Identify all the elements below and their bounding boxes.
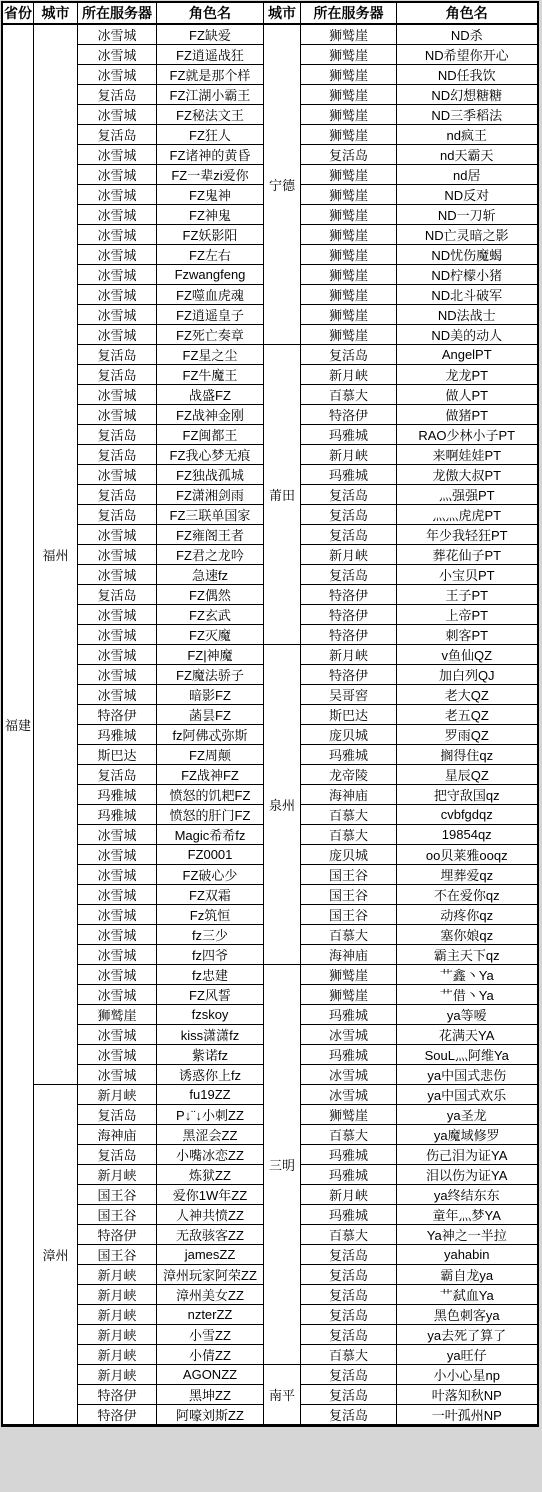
server-cell-right: 百慕大 — [301, 925, 397, 945]
server-cell-left: 冰雪城 — [78, 24, 157, 45]
server-cell-left: 复活岛 — [78, 365, 157, 385]
server-cell-left: 新月峡 — [78, 1365, 157, 1385]
character-name-cell-right: 伤己泪为证YA — [397, 1145, 538, 1165]
city-cell-right: 三明 — [264, 965, 301, 1365]
server-cell-right: 狮鹫崖 — [301, 965, 397, 985]
character-name-cell-left: FZ0001 — [157, 845, 264, 865]
character-name-cell-left: FZ独战孤城 — [157, 465, 264, 485]
server-cell-right: 冰雪城 — [301, 1025, 397, 1045]
character-name-cell-left: FZ妖影阳 — [157, 225, 264, 245]
character-name-cell-right: 做人PT — [397, 385, 538, 405]
server-cell-right: 狮鹫崖 — [301, 225, 397, 245]
server-cell-right: 狮鹫崖 — [301, 24, 397, 45]
character-name-cell-right: 泪以伤为证YA — [397, 1165, 538, 1185]
server-cell-right: 复活岛 — [301, 1385, 397, 1405]
server-cell-right: 新月峡 — [301, 645, 397, 665]
character-name-cell-right: 艹弑血Ya — [397, 1285, 538, 1305]
server-cell-left: 冰雪城 — [78, 225, 157, 245]
character-name-cell-right: ND北斗破军 — [397, 285, 538, 305]
server-cell-right: 玛雅城 — [301, 465, 397, 485]
server-cell-left: 斯巴达 — [78, 745, 157, 765]
character-name-cell-left: 爱你1W年ZZ — [157, 1185, 264, 1205]
character-name-cell-left: FZ战神FZ — [157, 765, 264, 785]
server-cell-right: 海神庙 — [301, 945, 397, 965]
server-cell-right: 玛雅城 — [301, 1165, 397, 1185]
character-name-cell-right: 埋葬爱qz — [397, 865, 538, 885]
server-cell-right: 狮鹫崖 — [301, 205, 397, 225]
server-cell-right: 复活岛 — [301, 1305, 397, 1325]
character-name-cell-right: ND幻想糖糖 — [397, 85, 538, 105]
server-cell-right: 特洛伊 — [301, 585, 397, 605]
character-name-cell-right: 一叶孤州NP — [397, 1405, 538, 1426]
server-cell-right: 狮鹫崖 — [301, 85, 397, 105]
server-cell-left: 冰雪城 — [78, 1045, 157, 1065]
character-name-cell-right: ND任我饮 — [397, 65, 538, 85]
character-name-cell-left: fu19ZZ — [157, 1085, 264, 1105]
character-name-cell-right: yahabin — [397, 1245, 538, 1265]
server-cell-left: 复活岛 — [78, 1105, 157, 1125]
server-cell-left: 冰雪城 — [78, 525, 157, 545]
server-cell-left: 复活岛 — [78, 125, 157, 145]
server-cell-left: 玛雅城 — [78, 805, 157, 825]
character-name-cell-left: 人神共愤ZZ — [157, 1205, 264, 1225]
server-cell-left: 复活岛 — [78, 445, 157, 465]
server-cell-right: 狮鹫崖 — [301, 245, 397, 265]
server-cell-right: 玛雅城 — [301, 1205, 397, 1225]
character-name-cell-left: 暗影FZ — [157, 685, 264, 705]
server-cell-left: 玛雅城 — [78, 785, 157, 805]
server-cell-left: 冰雪城 — [78, 1025, 157, 1045]
character-name-cell-right: nd天霸天 — [397, 145, 538, 165]
character-name-cell-right: 老大QZ — [397, 685, 538, 705]
server-cell-left: 冰雪城 — [78, 305, 157, 325]
character-name-cell-right: ND一刀斩 — [397, 205, 538, 225]
roster-table-sheet: 省份 城市 所在服务器 角色名 城市 所在服务器 角色名 福建福州冰雪城FZ缺爱… — [1, 1, 539, 1427]
server-cell-right: 狮鹫崖 — [301, 285, 397, 305]
character-name-cell-left: FZ|神魔 — [157, 645, 264, 665]
server-cell-right: 狮鹫崖 — [301, 165, 397, 185]
server-cell-left: 复活岛 — [78, 505, 157, 525]
server-cell-left: 玛雅城 — [78, 725, 157, 745]
character-name-cell-right: ya等嗳 — [397, 1005, 538, 1025]
server-cell-right: 复活岛 — [301, 485, 397, 505]
character-name-cell-right: 霸自龙ya — [397, 1265, 538, 1285]
character-name-cell-left: nzterZZ — [157, 1305, 264, 1325]
header-row: 省份 城市 所在服务器 角色名 城市 所在服务器 角色名 — [2, 2, 538, 24]
character-name-cell-right: 霸主天下qz — [397, 945, 538, 965]
server-cell-left: 新月峡 — [78, 1325, 157, 1345]
server-cell-left: 冰雪城 — [78, 605, 157, 625]
character-name-cell-left: P↓¨↓小刺ZZ — [157, 1105, 264, 1125]
character-name-cell-left: Fzwangfeng — [157, 265, 264, 285]
character-name-cell-left: 漳州美女ZZ — [157, 1285, 264, 1305]
server-cell-left: 冰雪城 — [78, 925, 157, 945]
server-cell-right: 复活岛 — [301, 1245, 397, 1265]
character-name-cell-left: FZ神鬼 — [157, 205, 264, 225]
character-name-cell-right: 动疼你qz — [397, 905, 538, 925]
character-name-cell-left: FZ闽都王 — [157, 425, 264, 445]
character-name-cell-right: nd居 — [397, 165, 538, 185]
character-name-cell-right: ya终结东东 — [397, 1185, 538, 1205]
server-cell-right: 冰雪城 — [301, 1085, 397, 1105]
server-cell-right: 狮鹫崖 — [301, 325, 397, 345]
character-name-cell-right: 小小心星np — [397, 1365, 538, 1385]
server-cell-right: 复活岛 — [301, 145, 397, 165]
character-name-cell-left: FZ一辈zi爱你 — [157, 165, 264, 185]
character-name-cell-left: AGONZZ — [157, 1365, 264, 1385]
server-cell-left: 复活岛 — [78, 85, 157, 105]
character-name-cell-left: FZ君之龙吟 — [157, 545, 264, 565]
server-cell-left: 新月峡 — [78, 1265, 157, 1285]
character-name-cell-right: 加白列QJ — [397, 665, 538, 685]
city-cell-right: 宁德 — [264, 24, 301, 345]
server-cell-right: 百慕大 — [301, 805, 397, 825]
character-name-cell-left: 无敌骇客ZZ — [157, 1225, 264, 1245]
character-name-cell-left: FZ江湖小霸王 — [157, 85, 264, 105]
server-cell-left: 冰雪城 — [78, 625, 157, 645]
character-name-cell-left: 战盛FZ — [157, 385, 264, 405]
character-name-cell-left: fz四爷 — [157, 945, 264, 965]
city-cell-left: 福州 — [34, 24, 78, 1085]
character-name-cell-right: SouL灬阿维Ya — [397, 1045, 538, 1065]
character-name-cell-left: fz阿佛忒弥斯 — [157, 725, 264, 745]
character-name-cell-left: 愤怒的饥耙FZ — [157, 785, 264, 805]
character-name-cell-right: 小宝贝PT — [397, 565, 538, 585]
character-name-cell-right: ya圣龙 — [397, 1105, 538, 1125]
character-name-cell-left: 炼狱ZZ — [157, 1165, 264, 1185]
character-name-cell-right: 老五QZ — [397, 705, 538, 725]
server-cell-right: 新月峡 — [301, 365, 397, 385]
server-cell-right: 百慕大 — [301, 385, 397, 405]
server-cell-right: 国王谷 — [301, 865, 397, 885]
roster-body: 福建福州冰雪城FZ缺爱宁德狮鹫崖ND杀冰雪城FZ逍遥战狂狮鹫崖ND希望你开心冰雪… — [2, 24, 538, 1426]
character-name-cell-right: Ya神之一半拉 — [397, 1225, 538, 1245]
character-name-cell-left: 菡昙FZ — [157, 705, 264, 725]
server-cell-left: 冰雪城 — [78, 105, 157, 125]
character-name-cell-left: FZ偶然 — [157, 585, 264, 605]
character-name-cell-right: 灬强强PT — [397, 485, 538, 505]
character-name-cell-left: 小雪ZZ — [157, 1325, 264, 1345]
server-cell-left: 海神庙 — [78, 1125, 157, 1145]
character-name-cell-right: 塞你娘qz — [397, 925, 538, 945]
character-name-cell-right: 不在爱你qz — [397, 885, 538, 905]
server-cell-right: 复活岛 — [301, 525, 397, 545]
server-cell-right: 复活岛 — [301, 505, 397, 525]
server-cell-right: 玛雅城 — [301, 1145, 397, 1165]
server-cell-right: 狮鹫崖 — [301, 265, 397, 285]
server-cell-left: 国王谷 — [78, 1245, 157, 1265]
character-name-cell-right: 黑色刺客ya — [397, 1305, 538, 1325]
server-cell-left: 特洛伊 — [78, 1385, 157, 1405]
character-name-cell-left: FZ左右 — [157, 245, 264, 265]
server-cell-left: 冰雪城 — [78, 285, 157, 305]
server-cell-right: 庞贝城 — [301, 845, 397, 865]
character-name-cell-right: 把守敌国qz — [397, 785, 538, 805]
character-name-cell-left: FZ风誓 — [157, 985, 264, 1005]
server-cell-right: 特洛伊 — [301, 605, 397, 625]
server-cell-right: 狮鹫崖 — [301, 985, 397, 1005]
province-cell: 福建 — [2, 24, 34, 1426]
character-name-cell-right: ya去死了算了 — [397, 1325, 538, 1345]
server-cell-right: 特洛伊 — [301, 405, 397, 425]
character-name-cell-right: ya中国式悲伤 — [397, 1065, 538, 1085]
server-cell-left: 冰雪城 — [78, 565, 157, 585]
table-row: 新月峡AGONZZ南平复活岛小小心星np — [2, 1365, 538, 1385]
server-cell-left: 冰雪城 — [78, 145, 157, 165]
character-name-cell-right: 做猪PT — [397, 405, 538, 425]
server-cell-right: 复活岛 — [301, 1265, 397, 1285]
character-name-cell-right: AngelPT — [397, 345, 538, 365]
server-cell-right: 复活岛 — [301, 1405, 397, 1426]
character-name-cell-right: 来啊娃娃PT — [397, 445, 538, 465]
server-cell-left: 冰雪城 — [78, 185, 157, 205]
server-cell-right: 百慕大 — [301, 1225, 397, 1245]
character-name-cell-right: ya中国式欢乐 — [397, 1085, 538, 1105]
character-name-cell-left: 紫诺fz — [157, 1045, 264, 1065]
server-cell-left: 冰雪城 — [78, 265, 157, 285]
character-name-cell-right: v鱼仙QZ — [397, 645, 538, 665]
server-cell-left: 复活岛 — [78, 585, 157, 605]
server-cell-left: 冰雪城 — [78, 945, 157, 965]
server-cell-left: 国王谷 — [78, 1185, 157, 1205]
server-cell-left: 冰雪城 — [78, 665, 157, 685]
server-cell-left: 冰雪城 — [78, 885, 157, 905]
server-cell-left: 冰雪城 — [78, 545, 157, 565]
character-name-cell-left: fz忠建 — [157, 965, 264, 985]
server-cell-right: 吴哥窖 — [301, 685, 397, 705]
character-name-cell-left: fzskoy — [157, 1005, 264, 1025]
server-cell-right: 特洛伊 — [301, 625, 397, 645]
server-cell-right: 狮鹫崖 — [301, 125, 397, 145]
server-cell-right: 玛雅城 — [301, 1005, 397, 1025]
server-cell-left: 冰雪城 — [78, 45, 157, 65]
character-name-cell-right: 年少我轻狂PT — [397, 525, 538, 545]
character-name-cell-right: 星辰QZ — [397, 765, 538, 785]
server-cell-left: 冰雪城 — [78, 65, 157, 85]
server-cell-left: 国王谷 — [78, 1205, 157, 1225]
server-cell-right: 复活岛 — [301, 1285, 397, 1305]
city-cell-right: 南平 — [264, 1365, 301, 1426]
character-name-cell-left: FZ噬血虎魂 — [157, 285, 264, 305]
server-cell-left: 特洛伊 — [78, 1225, 157, 1245]
city-cell-left: 漳州 — [34, 1085, 78, 1426]
server-cell-right: 特洛伊 — [301, 665, 397, 685]
character-name-cell-right: 灬灬虎虎PT — [397, 505, 538, 525]
character-name-cell-left: kiss潇潇fz — [157, 1025, 264, 1045]
character-name-cell-left: Fz筑恒 — [157, 905, 264, 925]
character-name-cell-left: FZ灭魔 — [157, 625, 264, 645]
server-cell-left: 复活岛 — [78, 345, 157, 365]
character-name-cell-left: FZ鬼神 — [157, 185, 264, 205]
server-cell-right: 新月峡 — [301, 1185, 397, 1205]
server-cell-left: 新月峡 — [78, 1305, 157, 1325]
character-name-cell-left: 漳州玩家阿荣ZZ — [157, 1265, 264, 1285]
server-cell-left: 特洛伊 — [78, 705, 157, 725]
character-name-cell-left: FZ我心梦无痕 — [157, 445, 264, 465]
server-cell-right: 斯巴达 — [301, 705, 397, 725]
character-name-cell-right: 葬花仙子PT — [397, 545, 538, 565]
character-name-cell-left: 小倩ZZ — [157, 1345, 264, 1365]
server-cell-right: 狮鹫崖 — [301, 105, 397, 125]
server-cell-left: 冰雪城 — [78, 385, 157, 405]
server-cell-left: 冰雪城 — [78, 985, 157, 1005]
character-name-cell-right: 叶落知秋NP — [397, 1385, 538, 1405]
server-cell-right: 百慕大 — [301, 1125, 397, 1145]
character-name-cell-right: oo贝莱雅ooqz — [397, 845, 538, 865]
server-cell-right: 狮鹫崖 — [301, 45, 397, 65]
character-name-cell-left: FZ雍阁王者 — [157, 525, 264, 545]
character-name-cell-right: 童年灬梦YA — [397, 1205, 538, 1225]
character-name-cell-left: FZ双霜 — [157, 885, 264, 905]
server-cell-right: 狮鹫崖 — [301, 305, 397, 325]
character-name-cell-right: ND希望你开心 — [397, 45, 538, 65]
server-cell-left: 新月峡 — [78, 1285, 157, 1305]
server-cell-left: 复活岛 — [78, 765, 157, 785]
server-cell-right: 百慕大 — [301, 825, 397, 845]
city-cell-right: 莆田 — [264, 345, 301, 645]
character-name-cell-left: 急速fz — [157, 565, 264, 585]
server-cell-left: 冰雪城 — [78, 1065, 157, 1085]
server-cell-left: 冰雪城 — [78, 905, 157, 925]
header-name-left: 角色名 — [157, 2, 264, 24]
table-row: 冰雪城fz忠建三明狮鹫崖艹鑫丶Ya — [2, 965, 538, 985]
character-name-cell-left: FZ三联单国家 — [157, 505, 264, 525]
server-cell-right: 复活岛 — [301, 1325, 397, 1345]
character-name-cell-left: FZ诸神的黄昏 — [157, 145, 264, 165]
character-name-cell-right: nd疯王 — [397, 125, 538, 145]
character-name-cell-left: 阿嚎刘斯ZZ — [157, 1405, 264, 1426]
server-cell-left: 冰雪城 — [78, 245, 157, 265]
character-name-cell-left: FZ星之尘 — [157, 345, 264, 365]
character-name-cell-right: 王子PT — [397, 585, 538, 605]
header-city-left: 城市 — [34, 2, 78, 24]
header-city-right: 城市 — [264, 2, 301, 24]
server-cell-right: 国王谷 — [301, 905, 397, 925]
server-cell-right: 狮鹫崖 — [301, 65, 397, 85]
server-cell-left: 冰雪城 — [78, 205, 157, 225]
character-name-cell-right: ND杀 — [397, 24, 538, 45]
character-name-cell-left: 黑涩会ZZ — [157, 1125, 264, 1145]
character-name-cell-left: FZ死亡奏章 — [157, 325, 264, 345]
character-name-cell-right: 刺客PT — [397, 625, 538, 645]
character-name-cell-right: ND法战士 — [397, 305, 538, 325]
server-cell-right: 海神庙 — [301, 785, 397, 805]
server-cell-right: 玛雅城 — [301, 745, 397, 765]
character-name-cell-left: 小嘴冰恋ZZ — [157, 1145, 264, 1165]
character-name-cell-right: 艹借丶Ya — [397, 985, 538, 1005]
character-name-cell-right: ya魔域修罗 — [397, 1125, 538, 1145]
character-name-cell-left: FZ狂人 — [157, 125, 264, 145]
character-name-cell-left: FZ秘法文王 — [157, 105, 264, 125]
server-cell-right: 狮鹫崖 — [301, 185, 397, 205]
character-name-cell-right: 罗雨QZ — [397, 725, 538, 745]
server-cell-left: 特洛伊 — [78, 1405, 157, 1426]
character-name-cell-right: 龙龙PT — [397, 365, 538, 385]
character-name-cell-left: FZ战神金刚 — [157, 405, 264, 425]
character-name-cell-left: FZ破心少 — [157, 865, 264, 885]
server-cell-left: 复活岛 — [78, 425, 157, 445]
server-cell-right: 玛雅城 — [301, 425, 397, 445]
character-name-cell-right: 上帝PT — [397, 605, 538, 625]
character-name-cell-left: 黑坤ZZ — [157, 1385, 264, 1405]
character-name-cell-right: ND美的动人 — [397, 325, 538, 345]
server-cell-left: 狮鹫崖 — [78, 1005, 157, 1025]
character-name-cell-left: FZ逍遥战狂 — [157, 45, 264, 65]
server-cell-right: 玛雅城 — [301, 1045, 397, 1065]
character-name-cell-left: 诱惑你上fz — [157, 1065, 264, 1085]
header-server-right: 所在服务器 — [301, 2, 397, 24]
server-cell-left: 冰雪城 — [78, 645, 157, 665]
character-name-cell-left: FZ牛魔王 — [157, 365, 264, 385]
server-cell-left: 冰雪城 — [78, 965, 157, 985]
character-name-cell-right: 艹鑫丶Ya — [397, 965, 538, 985]
table-row: 复活岛FZ星之尘莆田复活岛AngelPT — [2, 345, 538, 365]
header-name-right: 角色名 — [397, 2, 538, 24]
header-server-left: 所在服务器 — [78, 2, 157, 24]
server-cell-right: 百慕大 — [301, 1345, 397, 1365]
server-cell-right: 狮鹫崖 — [301, 1105, 397, 1125]
character-name-cell-left: jamesZZ — [157, 1245, 264, 1265]
server-cell-left: 复活岛 — [78, 1145, 157, 1165]
server-cell-right: 冰雪城 — [301, 1065, 397, 1085]
character-name-cell-left: FZ玄武 — [157, 605, 264, 625]
server-cell-right: 庞贝城 — [301, 725, 397, 745]
character-name-cell-right: 搁得住qz — [397, 745, 538, 765]
header-province: 省份 — [2, 2, 34, 24]
server-cell-left: 冰雪城 — [78, 865, 157, 885]
server-cell-left: 冰雪城 — [78, 685, 157, 705]
server-cell-right: 复活岛 — [301, 345, 397, 365]
server-cell-left: 冰雪城 — [78, 825, 157, 845]
character-name-cell-left: FZ魔法骄子 — [157, 665, 264, 685]
character-name-cell-right: RAO少林小子PT — [397, 425, 538, 445]
character-name-cell-left: FZ就是那个样 — [157, 65, 264, 85]
server-cell-left: 冰雪城 — [78, 465, 157, 485]
character-name-cell-right: ND柠檬小猪 — [397, 265, 538, 285]
server-cell-right: 新月峡 — [301, 445, 397, 465]
server-cell-left: 冰雪城 — [78, 325, 157, 345]
character-name-cell-right: ND反对 — [397, 185, 538, 205]
server-cell-right: 龙帝陵 — [301, 765, 397, 785]
character-name-cell-right: ND亡灵暗之影 — [397, 225, 538, 245]
character-name-cell-right: 花满天YA — [397, 1025, 538, 1045]
character-name-cell-left: 愤怒的肝门FZ — [157, 805, 264, 825]
server-cell-left: 复活岛 — [78, 485, 157, 505]
character-name-cell-left: FZ缺爱 — [157, 24, 264, 45]
server-cell-left: 冰雪城 — [78, 845, 157, 865]
character-name-cell-left: fz三少 — [157, 925, 264, 945]
server-cell-left: 新月峡 — [78, 1165, 157, 1185]
server-cell-right: 复活岛 — [301, 1365, 397, 1385]
character-name-cell-left: FZ周颠 — [157, 745, 264, 765]
character-name-cell-right: ND忧伤魔蝎 — [397, 245, 538, 265]
table-row: 福建福州冰雪城FZ缺爱宁德狮鹫崖ND杀 — [2, 24, 538, 45]
server-cell-left: 新月峡 — [78, 1085, 157, 1105]
character-name-cell-right: 19854qz — [397, 825, 538, 845]
character-name-cell-right: 龙傲大叔PT — [397, 465, 538, 485]
character-name-cell-right: ND三季稻法 — [397, 105, 538, 125]
character-name-cell-left: FZ潇湘剑雨 — [157, 485, 264, 505]
server-cell-left: 冰雪城 — [78, 165, 157, 185]
server-cell-right: 复活岛 — [301, 565, 397, 585]
server-cell-left: 新月峡 — [78, 1345, 157, 1365]
server-cell-right: 国王谷 — [301, 885, 397, 905]
character-name-cell-right: ya旺仔 — [397, 1345, 538, 1365]
server-cell-right: 新月峡 — [301, 545, 397, 565]
character-name-cell-left: FZ逍遥皇子 — [157, 305, 264, 325]
table-row: 冰雪城FZ|神魔泉州新月峡v鱼仙QZ — [2, 645, 538, 665]
character-name-cell-left: Magic希希fz — [157, 825, 264, 845]
